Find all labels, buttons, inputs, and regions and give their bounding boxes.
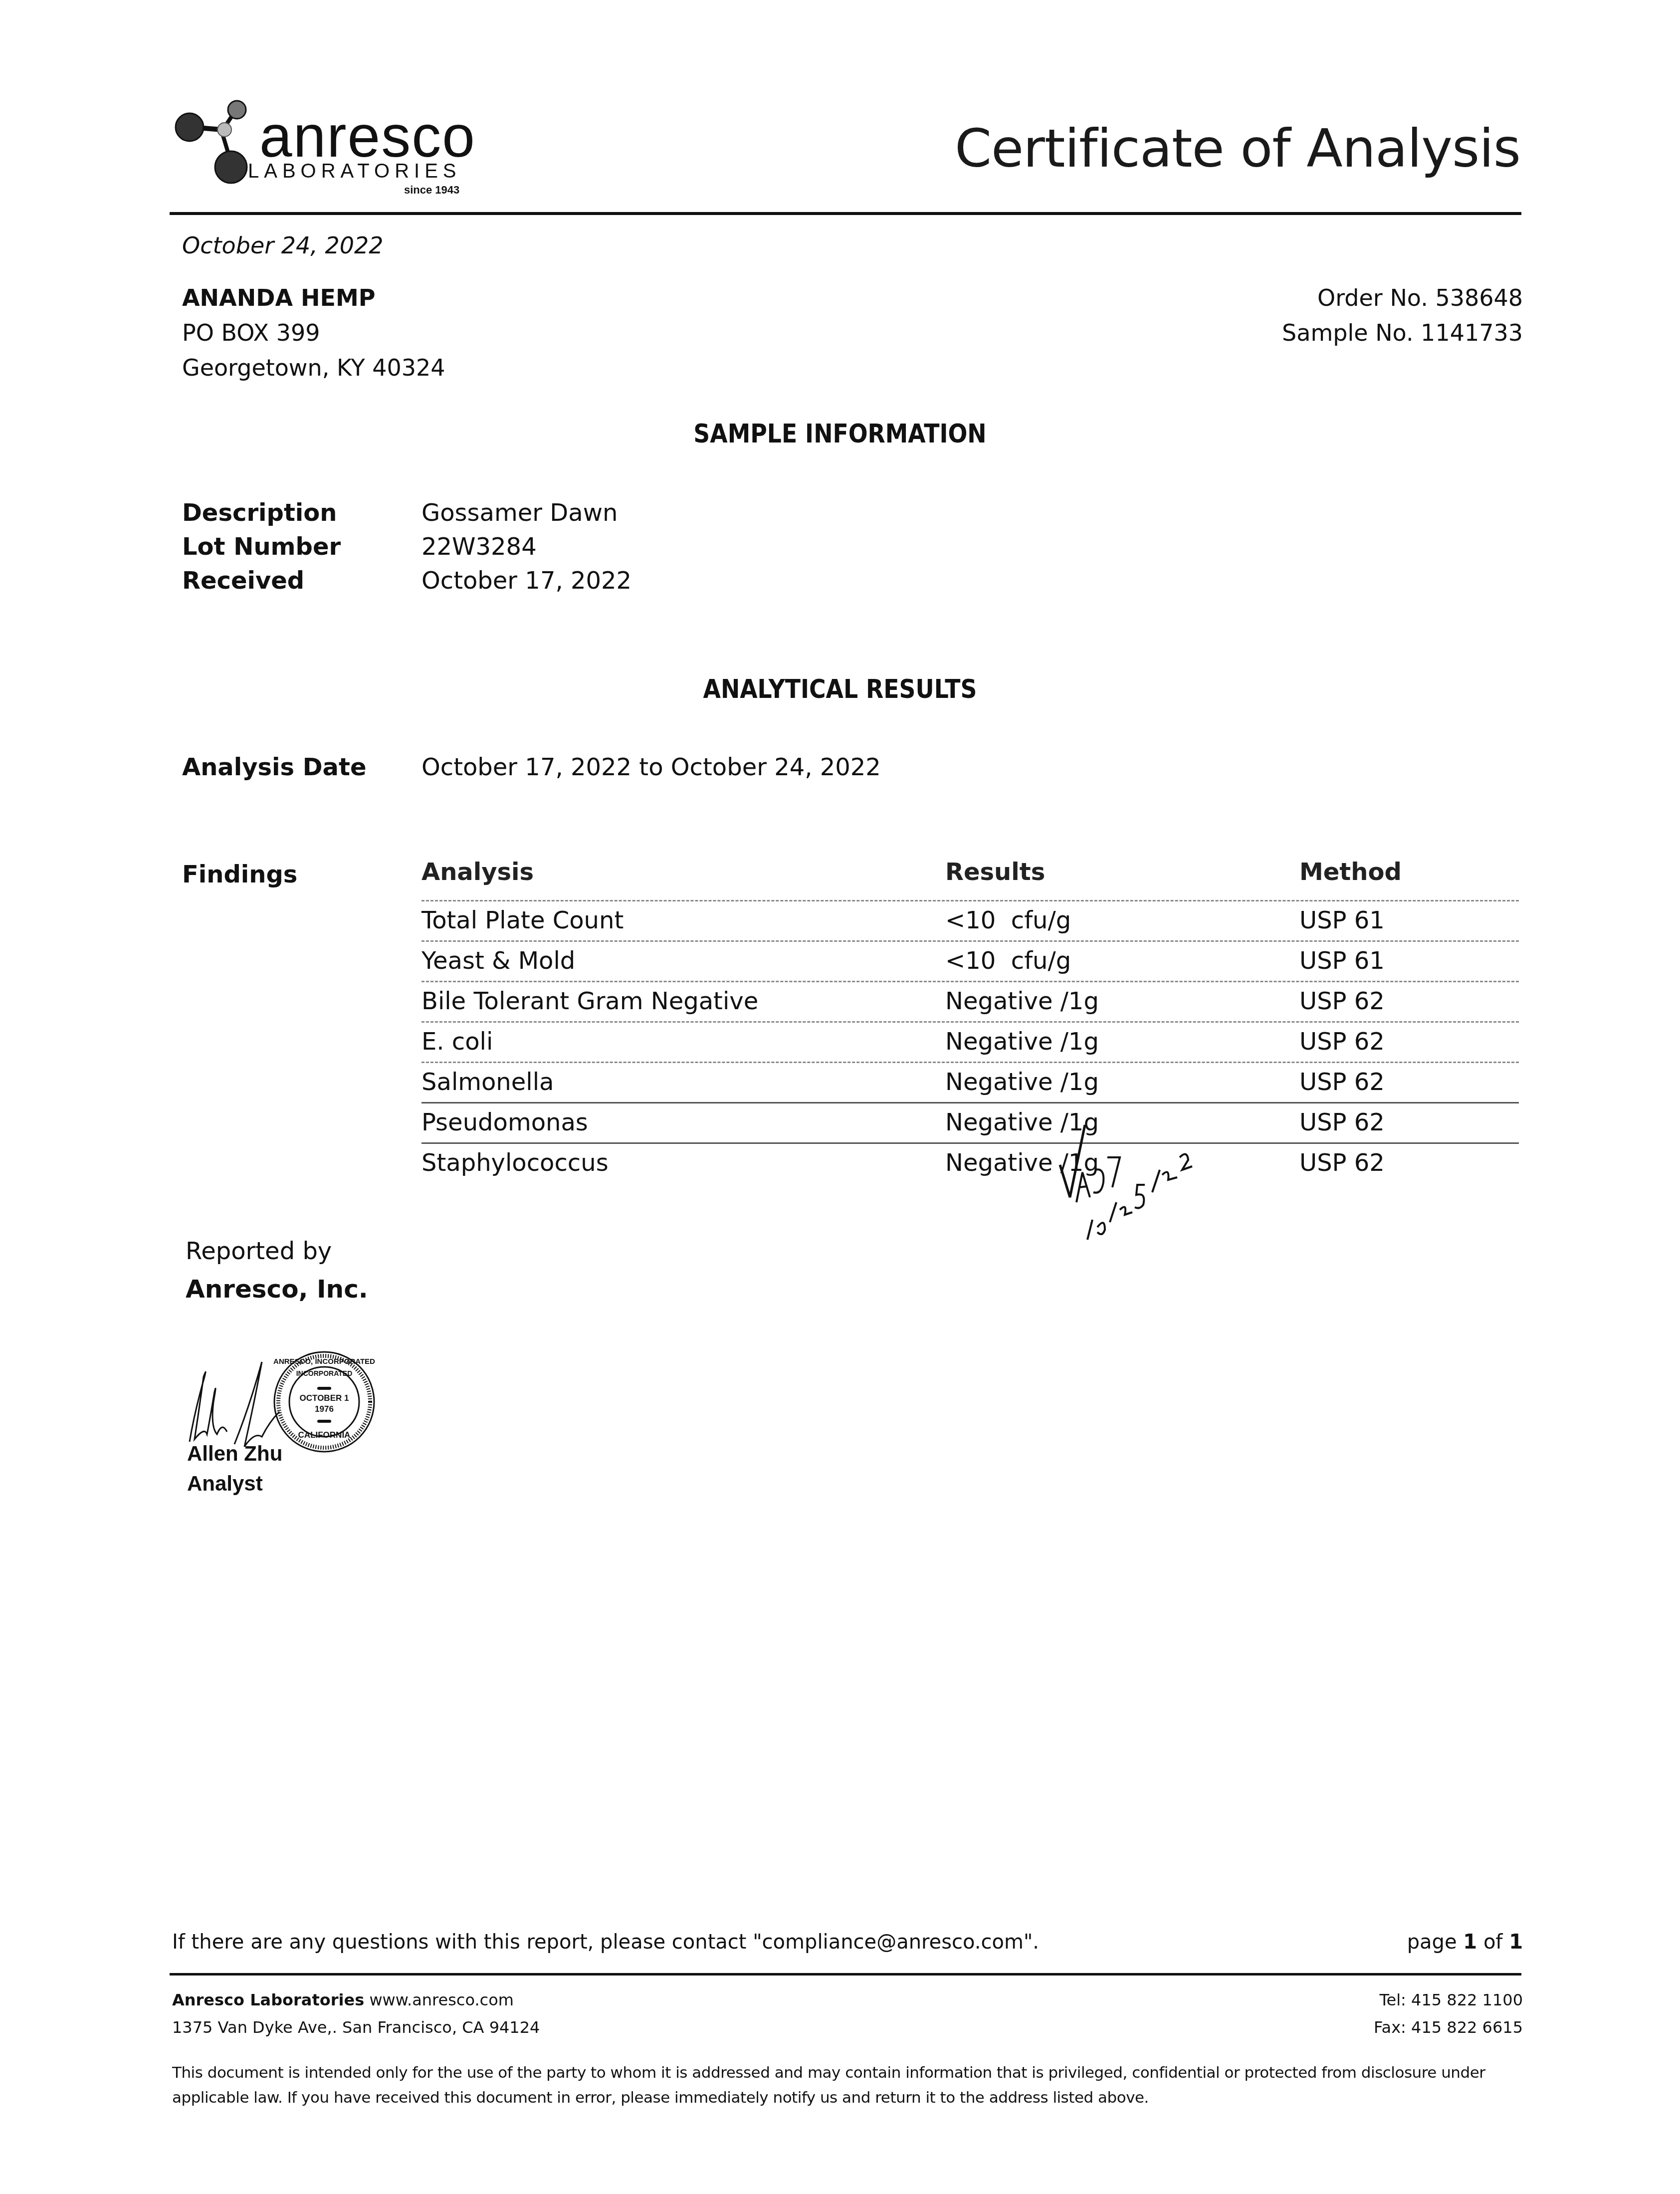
method-cell: USP 62 bbox=[1299, 987, 1385, 1015]
result-cell: Negative /1g bbox=[945, 987, 1099, 1015]
analysis-cell: Pseudomonas bbox=[421, 1108, 588, 1136]
lab-name-line: Anresco Laboratories www.anresco.com bbox=[172, 1990, 514, 2009]
svg-text:CALIFORNIA: CALIFORNIA bbox=[298, 1430, 351, 1440]
method-cell: USP 61 bbox=[1299, 947, 1385, 975]
table-header-row: Analysis Results Method bbox=[421, 858, 1519, 901]
svg-text:1976: 1976 bbox=[315, 1404, 334, 1414]
page-label: page bbox=[1407, 1931, 1457, 1954]
page-of: of bbox=[1483, 1931, 1503, 1954]
svg-text:OCTOBER 1: OCTOBER 1 bbox=[300, 1393, 349, 1403]
analysis-cell: Total Plate Count bbox=[421, 906, 624, 934]
method-cell: USP 62 bbox=[1299, 1068, 1385, 1096]
findings-label: Findings bbox=[182, 861, 297, 888]
result-cell: <10 cfu/g bbox=[945, 906, 1071, 934]
document-title: Certificate of Analysis bbox=[955, 122, 1520, 175]
handwritten-initials-annotation bbox=[1057, 1122, 1277, 1272]
corporate-seal-icon: OCTOBER 1 1976 INCORPORATED ANRESCO, INC… bbox=[273, 1352, 375, 1452]
logo-subtitle: LABORATORIES bbox=[248, 161, 461, 181]
column-header-method: Method bbox=[1299, 858, 1402, 886]
reporting-company: Anresco, Inc. bbox=[186, 1275, 368, 1304]
column-header-analysis: Analysis bbox=[421, 858, 534, 886]
order-number: Order No. 538648 bbox=[1317, 284, 1523, 311]
description-value: Gossamer Dawn bbox=[421, 499, 618, 527]
table-row: Bile Tolerant Gram Negative Negative /1g… bbox=[421, 982, 1519, 1023]
findings-table: Analysis Results Method Total Plate Coun… bbox=[421, 858, 1519, 1183]
method-cell: USP 61 bbox=[1299, 906, 1385, 934]
result-cell: Negative /1g bbox=[945, 1068, 1099, 1096]
method-cell: USP 62 bbox=[1299, 1149, 1385, 1177]
anresco-logo: anresco LABORATORIES since 1943 bbox=[172, 97, 501, 202]
reported-by-label: Reported by bbox=[186, 1237, 332, 1265]
received-value: October 17, 2022 bbox=[421, 567, 631, 595]
result-cell: Negative /1g bbox=[945, 1028, 1099, 1056]
client-address-line2: Georgetown, KY 40324 bbox=[182, 354, 445, 381]
table-row: Salmonella Negative /1g USP 62 bbox=[421, 1063, 1519, 1103]
svg-text:ANRESCO, INCORPORATED: ANRESCO, INCORPORATED bbox=[273, 1357, 375, 1366]
table-row: Pseudomonas Negative /1g USP 62 bbox=[421, 1103, 1519, 1144]
analysis-cell: Bile Tolerant Gram Negative bbox=[421, 987, 758, 1015]
sample-number: Sample No. 1141733 bbox=[1282, 319, 1523, 346]
table-row: Total Plate Count <10 cfu/g USP 61 bbox=[421, 901, 1519, 942]
table-row: Staphylococcus Negative /1g USP 62 bbox=[421, 1144, 1519, 1183]
result-cell: <10 cfu/g bbox=[945, 947, 1071, 975]
analyst-title: Analyst bbox=[187, 1472, 263, 1496]
header-divider bbox=[170, 212, 1521, 215]
molecule-logo-icon bbox=[172, 97, 252, 187]
analyst-name: Allen Zhu bbox=[187, 1442, 282, 1466]
received-label: Received bbox=[182, 567, 304, 595]
lab-fax: Fax: 415 822 6615 bbox=[1374, 2018, 1523, 2037]
analysis-cell: Yeast & Mold bbox=[421, 947, 575, 975]
logo-wordmark: anresco bbox=[259, 107, 476, 166]
analysis-cell: Salmonella bbox=[421, 1068, 554, 1096]
table-row: Yeast & Mold <10 cfu/g USP 61 bbox=[421, 942, 1519, 982]
client-address-line1: PO BOX 399 bbox=[182, 319, 320, 346]
sample-information-heading: SAMPLE INFORMATION bbox=[101, 419, 1579, 449]
lot-number-value: 22W3284 bbox=[421, 533, 537, 561]
description-label: Description bbox=[182, 499, 337, 527]
lab-telephone: Tel: 415 822 1100 bbox=[1379, 1990, 1523, 2009]
page-current: 1 bbox=[1463, 1931, 1477, 1954]
page-number: page 1 of 1 bbox=[1407, 1931, 1523, 1954]
lot-number-label: Lot Number bbox=[182, 533, 341, 561]
method-cell: USP 62 bbox=[1299, 1028, 1385, 1056]
analysis-date-value: October 17, 2022 to October 24, 2022 bbox=[421, 753, 881, 781]
analysis-date-label: Analysis Date bbox=[182, 753, 367, 781]
analysis-cell: Staphylococcus bbox=[421, 1149, 609, 1177]
column-header-results: Results bbox=[945, 858, 1045, 886]
table-row: E. coli Negative /1g USP 62 bbox=[421, 1023, 1519, 1063]
svg-text:INCORPORATED: INCORPORATED bbox=[296, 1369, 353, 1377]
confidentiality-disclaimer: This document is intended only for the u… bbox=[172, 2060, 1529, 2110]
analysis-cell: E. coli bbox=[421, 1028, 493, 1056]
client-name: ANANDA HEMP bbox=[182, 284, 375, 311]
logo-since: since 1943 bbox=[404, 185, 459, 196]
analytical-results-heading: ANALYTICAL RESULTS bbox=[101, 674, 1579, 704]
contact-note: If there are any questions with this rep… bbox=[172, 1931, 1039, 1954]
method-cell: USP 62 bbox=[1299, 1108, 1385, 1136]
lab-address: 1375 Van Dyke Ave,. San Francisco, CA 94… bbox=[172, 2018, 540, 2037]
report-date: October 24, 2022 bbox=[182, 232, 384, 259]
footer-divider bbox=[170, 1973, 1521, 1975]
page-total: 1 bbox=[1509, 1931, 1523, 1954]
lab-website-link[interactable]: www.anresco.com bbox=[369, 1990, 514, 2009]
lab-name: Anresco Laboratories bbox=[172, 1990, 364, 2009]
